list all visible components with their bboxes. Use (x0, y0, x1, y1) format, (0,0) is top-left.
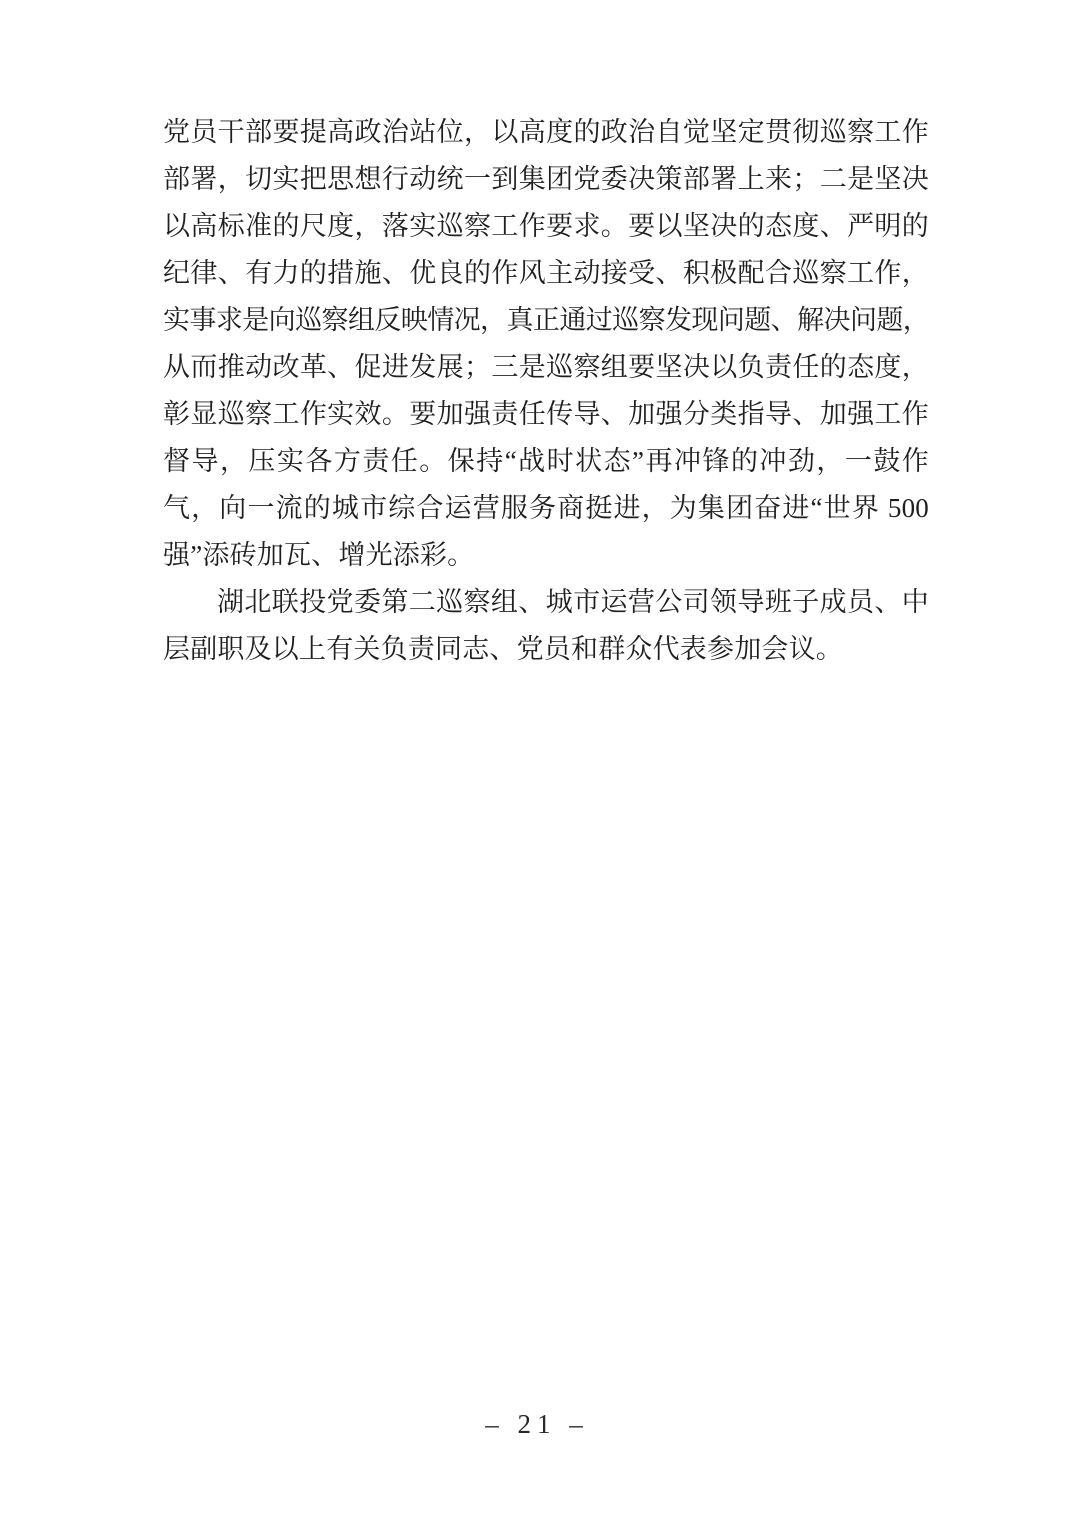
text-line paragraph-end: 强”添砖加瓦、增光添彩。 (163, 532, 929, 579)
text-line paragraph-start: 湖北联投党委第二巡察组、城市运营公司领导班子成员、中 (163, 579, 929, 626)
text-line: 部署，切实把思想行动统一到集团党委决策部署上来；二是坚决 (163, 156, 929, 203)
text-line: 实事求是向巡察组反映情况，真正通过巡察发现问题、解决问题， (163, 297, 929, 344)
text-line paragraph-end: 层副职及以上有关负责同志、党员和群众代表参加会议。 (163, 626, 929, 673)
text-line: 从而推动改革、促进发展；三是巡察组要坚决以负责任的态度， (163, 344, 929, 391)
text-line: 党员干部要提高政治站位，以高度的政治自觉坚定贯彻巡察工作 (163, 109, 929, 156)
page-number: – 21 – (485, 1409, 589, 1439)
document-page: 党员干部要提高政治站位，以高度的政治自觉坚定贯彻巡察工作 部署，切实把思想行动统… (0, 0, 1074, 1520)
text-line: 以高标准的尺度，落实巡察工作要求。要以坚决的态度、严明的 (163, 203, 929, 250)
body-text: 党员干部要提高政治站位，以高度的政治自觉坚定贯彻巡察工作 部署，切实把思想行动统… (163, 109, 929, 673)
text-line: 督导，压实各方责任。保持“战时状态”再冲锋的冲劲，一鼓作 (163, 438, 929, 485)
text-line: 纪律、有力的措施、优良的作风主动接受、积极配合巡察工作， (163, 250, 929, 297)
text-line: 彰显巡察工作实效。要加强责任传导、加强分类指导、加强工作 (163, 391, 929, 438)
page-footer: – 21 – (0, 1408, 1074, 1440)
text-line: 气，向一流的城市综合运营服务商挺进，为集团奋进“世界 500 (163, 485, 929, 532)
